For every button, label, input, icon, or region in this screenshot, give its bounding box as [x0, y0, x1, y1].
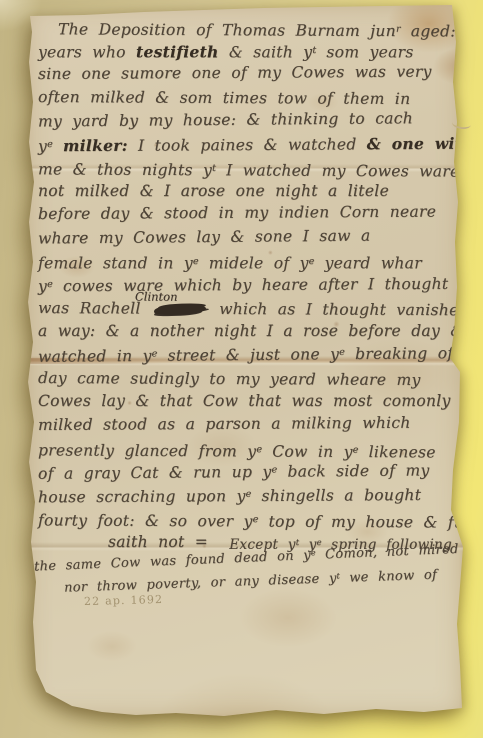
manuscript-line: ye milker: I took paines & watched & one… — [38, 130, 456, 156]
manuscript-line: watched in ye street & just one ye break… — [38, 340, 456, 367]
manuscript-line: day came sudingly to my yeard wheare my — [38, 367, 456, 393]
paper-shadow-wrap: The Deposition of Thomas Burnam junr age… — [0, 0, 483, 738]
manuscript-line: was Rachell Clinton which as I thought v… — [38, 297, 456, 323]
manuscript-line: me & thos nights yt I watched my Cowes w… — [38, 156, 456, 182]
manuscript-line: female stand in ye midele of ye yeard wh… — [38, 250, 456, 273]
paper-sheet: The Deposition of Thomas Burnam junr age… — [24, 2, 464, 718]
manuscript-line: years who testifieth & saith yt som year… — [38, 39, 456, 62]
manuscript-line: house scraching upon ye shingells a boug… — [38, 481, 456, 507]
manuscript-line: ye cowes ware which by heare after I tho… — [38, 271, 456, 297]
manuscript-line: fourty foot: & so over ye top of my hous… — [38, 507, 456, 533]
manuscript-text: The Deposition of Thomas Burnam junr age… — [24, 2, 464, 718]
manuscript-line: before day & stood in my indien Corn nea… — [38, 201, 456, 227]
pencil-date-note: 22 ap. 1692 — [84, 593, 164, 608]
manuscript-line: not milked & I arose one night a litele — [38, 180, 456, 203]
manuscript-line: of a gray Cat & run up ye back side of m… — [38, 457, 456, 484]
photo-mat: The Deposition of Thomas Burnam junr age… — [0, 0, 483, 738]
manuscript-line: milked stood as a parson a milking which — [38, 411, 456, 437]
manuscript-line: my yard by my house: & thinking to cach — [38, 106, 456, 133]
manuscript-line: Cowes lay & that Cow that was most comon… — [38, 390, 456, 413]
manuscript-line: The Deposition of Thomas Burnam junr age… — [58, 16, 456, 41]
struck-out-word: Clinton — [151, 297, 209, 321]
manuscript-line: sine one sumore one of my Cowes was very — [38, 60, 456, 86]
manuscript-line: whare my Cowes lay & sone I saw a — [38, 223, 456, 250]
